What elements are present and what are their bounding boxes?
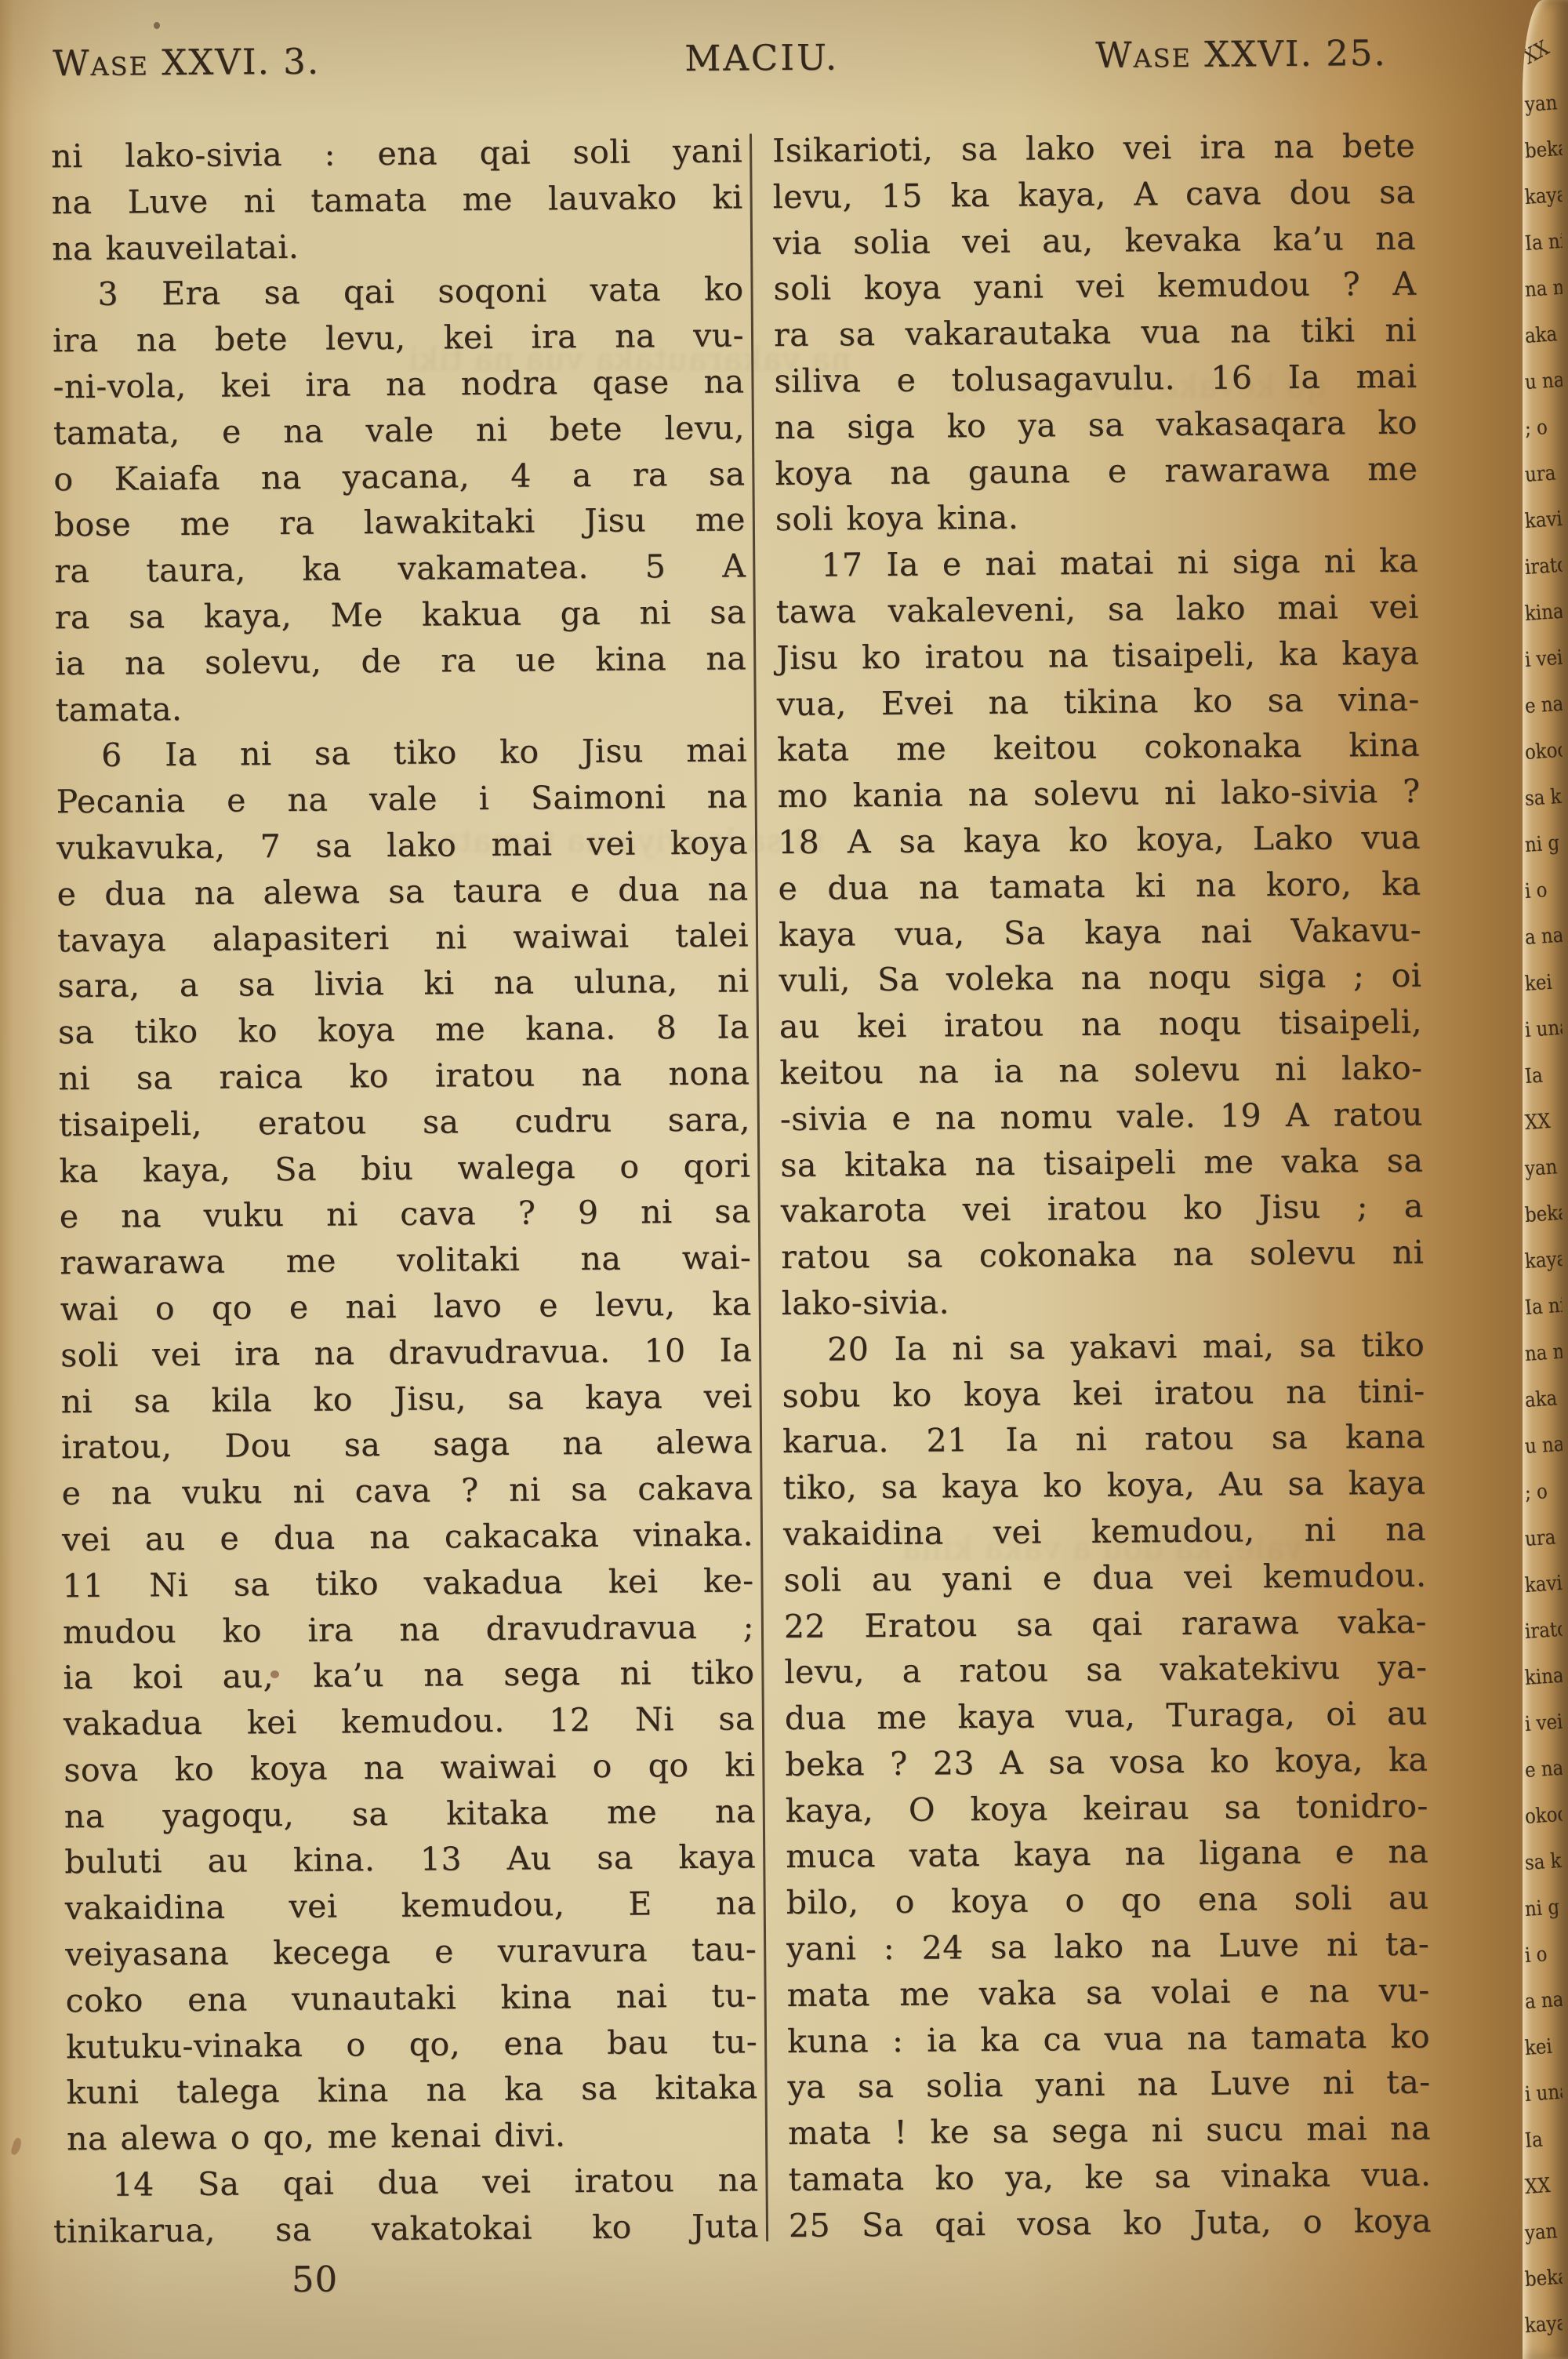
edge-text-fragment: Ia	[1524, 2127, 1563, 2153]
edge-text-fragment: u na ti	[1524, 369, 1563, 394]
edge-text-fragment: iratou	[1524, 554, 1563, 580]
edge-text-fragment: ; o	[1524, 415, 1563, 441]
text-line: tavaya alapasiteri ni waiwai talei	[57, 912, 749, 964]
text-line: ka kaya, Sa biu walega o qori	[59, 1143, 750, 1194]
text-line: tamata, e na vale ni bete levu,	[53, 405, 745, 456]
text-line: kuni talega kina na ka sa kitaka	[66, 2065, 757, 2117]
text-line: koya na gauna e rawarawa me	[775, 445, 1417, 496]
edge-text-fragment: XX	[1523, 31, 1563, 69]
edge-text-fragment: ni g	[1524, 1896, 1563, 1921]
text-line: karua. 21 Ia ni ratou sa kana	[782, 1414, 1425, 1465]
showthrough-text: ni sa lauviya na tamata	[439, 823, 825, 860]
edge-text-fragment: kei	[1524, 2034, 1563, 2060]
text-line: ni lako-sivia : ena qai soli yani	[51, 128, 742, 180]
edge-text-fragment: XX	[1524, 2173, 1563, 2199]
left-column: ni lako-sivia : ena qai soli yanina Luve…	[51, 128, 759, 2255]
text-line: na siga ko ya sa vakasaqara ko	[775, 399, 1417, 450]
text-line: mata ! ke sa sega ni sucu mai na	[788, 2106, 1431, 2157]
text-line: sara, a sa livia ki na uluna, ni	[57, 958, 749, 1010]
text-line: kutuku-vinaka o qo, ena bau tu-	[66, 2019, 757, 2070]
showthrough-text: vale, ka dou a vaka kina	[902, 1531, 1303, 1567]
edge-text-fragment: aka o	[1524, 1387, 1563, 1412]
text-line: levu, a ratou sa vakatekivu ya-	[784, 1645, 1427, 1696]
text-line: na yagoqu, sa kitaka me na	[64, 1788, 756, 1840]
right-column: Isikarioti, sa lako vei ira na betelevu,…	[772, 123, 1432, 2249]
text-line: ra sa kaya, Me kakua ga ni sa	[55, 589, 746, 641]
text-line: 20 Ia ni sa yakavi mai, sa tiko	[782, 1321, 1425, 1372]
edge-text-fragment: okoci	[1524, 739, 1563, 765]
text-line: tiko, sa kaya ko koya, Au sa kaya	[782, 1460, 1425, 1511]
text-line: 14 Sa qai dua vei iratou na	[67, 2157, 758, 2208]
edge-text-fragment: ura r	[1524, 1525, 1563, 1551]
edge-text-fragment: Ia ni	[1524, 1294, 1563, 1320]
edge-text-fragment: kavi	[1524, 1572, 1563, 1598]
running-head-title: MACIU.	[684, 34, 839, 82]
showthrough-text: qo kevaka sa rawa vua	[949, 369, 1327, 405]
text-line: ya sa solia yani na Luve ni ta-	[787, 2059, 1430, 2110]
text-line: kata me keitou cokonaka kina	[777, 722, 1420, 773]
text-line: vakarota vei iratou ko Jisu ; a	[781, 1183, 1424, 1234]
text-line: au kei iratou na noqu tisaipeli,	[779, 999, 1422, 1050]
running-head-left: Wase XXVI. 3.	[53, 38, 320, 88]
edge-text-fragment: okoci	[1524, 1803, 1563, 1829]
text-line: e dua na tamata ki na koro, ka	[778, 860, 1421, 911]
edge-text-fragment: beka	[1524, 137, 1563, 163]
edge-text-fragment: i o	[1524, 1942, 1563, 1968]
edge-text-fragment: a na	[1524, 1988, 1563, 2014]
text-line: ratou sa cokonaka na solevu ni	[781, 1230, 1424, 1281]
text-line: tawa vakaleveni, sa lako mai vei	[776, 584, 1419, 635]
edge-text-fragment: sa ka	[1524, 785, 1563, 811]
edge-text-fragment: kavi	[1524, 507, 1563, 533]
edge-text-fragment: i vei	[1524, 1710, 1563, 1736]
running-head-right: Wase XXVI. 25.	[1095, 30, 1387, 79]
edge-text-fragment: kaya	[1524, 2312, 1563, 2338]
text-line: yani : 24 sa lako na Luve ni ta-	[786, 1921, 1429, 1972]
text-line: -sivia e na nomu vale. 19 A ratou	[780, 1091, 1423, 1142]
text-line: vua, Evei na tikina ko sa vina-	[776, 676, 1419, 727]
text-line: soli vei ira na dravudravua. 10 Ia	[60, 1327, 752, 1379]
text-line: mo kania na solevu ni lako-sivia ?	[777, 769, 1420, 820]
text-line: vei au e dua na cakacaka vinaka.	[62, 1511, 753, 1563]
text-line: bilo, o koya o qo ena soli au	[786, 1875, 1428, 1926]
text-line: 18 A sa kaya ko koya, Lako vua	[778, 815, 1421, 866]
text-line: ni sa raica ko iratou na nona	[58, 1050, 750, 1102]
edge-text-fragment: XX	[1524, 1109, 1563, 1135]
edge-text-fragment: kina	[1524, 1664, 1563, 1690]
edge-text-fragment: Ia	[1524, 1063, 1563, 1089]
edge-text-fragment: i una	[1524, 2081, 1563, 2106]
text-line: kuna : ia ka ca vua na tamata ko	[787, 2013, 1430, 2064]
edge-text-fragment: yan	[1524, 1155, 1563, 1181]
text-line: lako-sivia.	[781, 1276, 1424, 1327]
scanned-page: Wase XXVI. 3. MACIU. Wase XXVI. 25. ni l…	[0, 0, 1568, 2359]
text-line: na Luve ni tamata me lauvako ki	[51, 174, 742, 226]
edge-text-fragment: e na	[1524, 1757, 1563, 1783]
text-line: 22 Eratou sa qai rarawa vaka-	[784, 1598, 1427, 1649]
edge-text-fragment: yan	[1524, 2219, 1563, 2245]
text-line: sobu ko koya kei iratou na tini-	[782, 1368, 1425, 1419]
text-line: levu, 15 ka kaya, A cava dou sa	[772, 169, 1415, 220]
text-line: ia na solevu, de ra ue kina na	[55, 635, 746, 687]
edge-text-fragment: u na ti	[1524, 1433, 1563, 1459]
page-number: 50	[244, 2255, 385, 2303]
text-line: soli koya yani vei kemudou ? A	[773, 261, 1416, 312]
text-line: vuli, Sa voleka na noqu siga ; oi	[779, 953, 1421, 1004]
edge-text-fragment: a na	[1524, 924, 1563, 950]
edge-text-fragment: beka	[1524, 1201, 1563, 1227]
text-line: veiyasana kecega e vuravura tau-	[65, 1926, 757, 1978]
edge-text-fragment: sa ka	[1524, 1849, 1563, 1875]
text-line: mudou ko ira na dravudravua ;	[63, 1604, 754, 1656]
ink-speck	[154, 22, 160, 29]
text-line: tamata.	[56, 682, 747, 733]
edge-text-fragment: ura r	[1524, 461, 1563, 487]
text-line: e na vuku ni cava ? ni sa cakava	[61, 1465, 753, 1517]
text-line: coko ena vunautaki kina nai tu-	[65, 1972, 757, 2024]
edge-text-fragment: ni g	[1524, 831, 1563, 857]
text-line: ia koi au, ka’u na sega ni tiko	[63, 1650, 754, 1702]
edge-text-fragment: i o	[1524, 878, 1563, 903]
edge-text-fragment: beka	[1524, 2266, 1563, 2292]
edge-text-fragment: aka o	[1524, 322, 1563, 348]
text-line: sova ko koya na waiwai o qo ki	[64, 1742, 755, 1794]
text-line: na kauveilatai.	[52, 220, 743, 272]
text-line: 17 Ia e nai matai ni siga ni ka	[775, 538, 1418, 589]
text-line: muca vata kaya na ligana e na	[786, 1829, 1428, 1880]
edge-text-fragment: kaya	[1524, 184, 1563, 209]
showthrough-text: na vakarautaka vua na tiki	[408, 342, 851, 378]
text-line: ra taura, ka vakamatea. 5 A	[54, 543, 746, 595]
text-line: na alewa o qo, me kenai divi.	[67, 2111, 758, 2163]
text-line: 6 Ia ni sa tiko ko Jisu mai	[56, 728, 747, 780]
text-line: 3 Era sa qai soqoni vata ko	[52, 267, 743, 318]
text-line: Isikarioti, sa lako vei ira na bete	[772, 123, 1415, 174]
text-line: tinikarua, sa vakatokai ko Juta	[67, 2203, 759, 2255]
text-line: keitou na ia na solevu ni lako-	[779, 1045, 1422, 1096]
text-line: sa tiko ko koya me kana. 8 Ia	[58, 1004, 750, 1056]
edge-text-fragment: kei	[1524, 970, 1563, 996]
edge-text-fragment: ; o	[1524, 1479, 1563, 1505]
text-line: tisaipeli, eratou sa cudru sara,	[59, 1096, 750, 1148]
text-line: sa kitaka na tisaipeli me vaka sa	[780, 1137, 1423, 1188]
text-line: e na vuku ni cava ? 9 ni sa	[60, 1189, 751, 1241]
text-line: e dua na alewa sa taura e dua na	[56, 866, 748, 918]
text-line: soli koya kina.	[775, 492, 1418, 543]
edge-text-fragment: kaya	[1524, 1248, 1563, 1274]
text-line: buluti au kina. 13 Au sa kaya	[64, 1834, 756, 1886]
text-line: ni sa kila ko Jisu, sa kaya vei	[60, 1373, 752, 1425]
text-line: beka ? 23 A sa vosa ko koya, ka	[785, 1736, 1428, 1787]
edge-text-fragment: i una	[1524, 1016, 1563, 1042]
edge-text-fragment: iratou	[1524, 1618, 1563, 1644]
text-line: o Kaiafa na yacana, 4 a ra sa	[53, 451, 745, 503]
text-line: Jisu ko iratou na tisaipeli, ka kaya	[776, 630, 1419, 681]
edge-text-fragment: na m	[1524, 1340, 1563, 1366]
text-line: tamata ko ya, ke sa vinaka vua.	[788, 2152, 1431, 2203]
text-line: rawarawa me volitaki na wai-	[60, 1234, 751, 1286]
text-line: ra sa vakarautaka vua na tiki ni	[774, 307, 1417, 358]
text-line: vakaidina vei kemudou, E na	[65, 1881, 757, 1932]
edge-text-fragment: i vei	[1524, 646, 1563, 672]
text-line: 11 Ni sa tiko vakadua kei ke-	[62, 1558, 753, 1609]
text-line: Pecania e na vale i Saimoni na	[56, 774, 747, 826]
text-line: iratou, Dou sa saga na alewa	[61, 1419, 753, 1471]
text-line: via solia vei au, kevaka ka’u na	[773, 215, 1416, 266]
text-line: vakadua kei kemudou. 12 Ni sa	[64, 1696, 755, 1747]
edge-text-fragment: na m	[1524, 276, 1563, 302]
edge-text-fragment: e na	[1524, 692, 1563, 718]
text-line: bose me ra lawakitaki Jisu me	[54, 497, 746, 549]
text-line: wai o qo e nai lavo e levu, ka	[60, 1281, 752, 1332]
edge-text-fragment: kina	[1524, 600, 1563, 626]
text-line: mata me vaka sa volai e na vu-	[786, 1967, 1429, 2018]
edge-text-fragment: Ia ni	[1524, 230, 1563, 256]
text-line: 25 Sa qai vosa ko Juta, o koya	[789, 2197, 1432, 2248]
text-line: dua me kaya vua, Turaga, oi au	[785, 1691, 1428, 1742]
next-page-edge: XXyanbekakayaIa nina maka ou na ti; oura…	[1523, 0, 1568, 2359]
text-line: kaya, O koya keirau sa tonidro-	[786, 1783, 1428, 1834]
edge-text-fragment: yan	[1524, 91, 1563, 117]
text-line: kaya vua, Sa kaya nai Vakavu-	[779, 907, 1421, 958]
ink-speck	[270, 1670, 279, 1678]
